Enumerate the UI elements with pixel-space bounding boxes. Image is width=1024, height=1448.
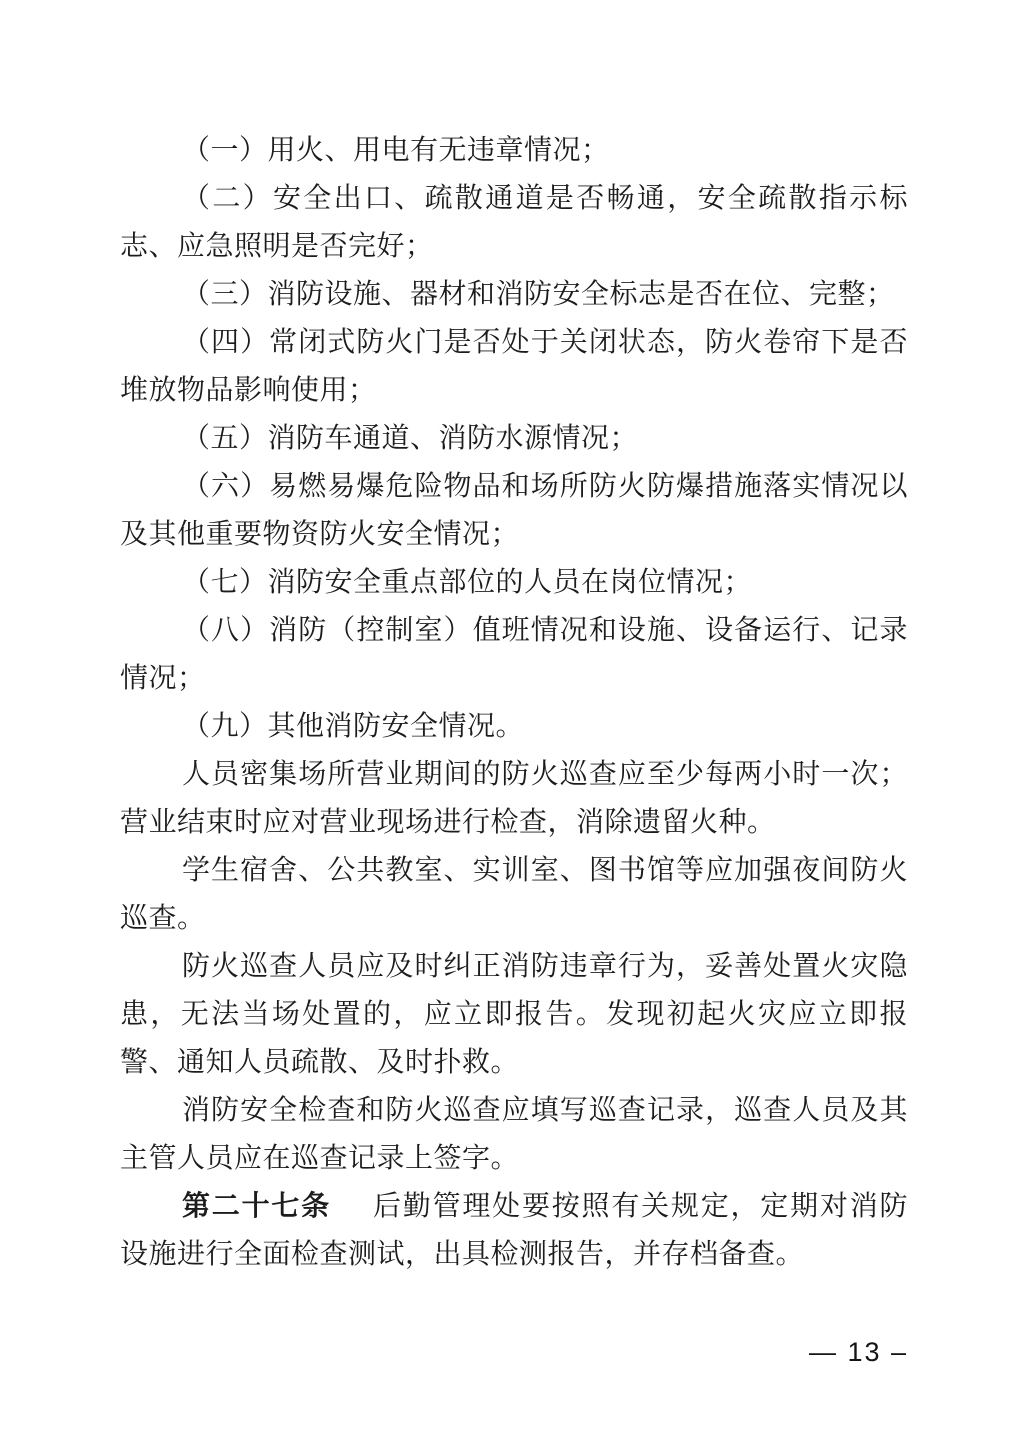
inspection-item-6: （六）易燃易爆危险物品和场所防火防爆措施落实情况以及其他重要物资防火安全情况； [120,463,908,559]
paragraph-violation-handling: 防火巡查人员应及时纠正消防违章行为，妥善处置火灾隐患，无法当场处置的，应立即报告… [120,943,908,1087]
inspection-item-7: （七）消防安全重点部位的人员在岗位情况； [120,559,908,607]
inspection-item-4: （四）常闭式防火门是否处于关闭状态，防火卷帘下是否堆放物品影响使用； [120,319,908,415]
paragraph-patrol-records: 消防安全检查和防火巡查应填写巡查记录，巡查人员及其主管人员应在巡查记录上签字。 [120,1087,908,1183]
article-27-number: 第二十七条 [182,1191,331,1222]
document-body: （一）用火、用电有无违章情况； （二）安全出口、疏散通道是否畅通，安全疏散指示标… [120,127,908,1279]
inspection-item-2: （二）安全出口、疏散通道是否畅通，安全疏散指示标志、应急照明是否完好； [120,175,908,271]
inspection-item-1: （一）用火、用电有无违章情况； [120,127,908,175]
page-number: — 13 – [809,1336,908,1368]
paragraph-article-27: 第二十七条后勤管理处要按照有关规定，定期对消防设施进行全面检查测试，出具检测报告… [120,1183,908,1279]
inspection-item-8: （八）消防（控制室）值班情况和设施、设备运行、记录情况； [120,607,908,703]
inspection-item-9: （九）其他消防安全情况。 [120,703,908,751]
document-page: （一）用火、用电有无违章情况； （二）安全出口、疏散通道是否畅通，安全疏散指示标… [0,0,1024,1448]
paragraph-patrol-frequency: 人员密集场所营业期间的防火巡查应至少每两小时一次；营业结束时应对营业现场进行检查… [120,751,908,847]
inspection-item-3: （三）消防设施、器材和消防安全标志是否在位、完整； [120,271,908,319]
paragraph-night-patrol: 学生宿舍、公共教室、实训室、图书馆等应加强夜间防火巡查。 [120,847,908,943]
inspection-item-5: （五）消防车通道、消防水源情况； [120,415,908,463]
